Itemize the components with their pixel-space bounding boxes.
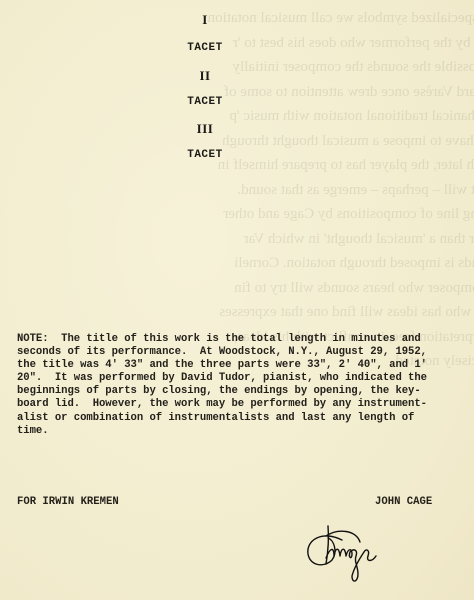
bleed-line: Edgard Varèse once drew attention to som… [200,80,474,105]
bleed-line: mechanical traditional notation with mus… [200,104,474,129]
movement-1-instruction: TACET [170,42,240,54]
score-page: the specialized symbols we call musical … [0,0,474,600]
note-line: alist or combination of instrumentalists… [17,412,457,425]
note-line: the title was 4' 33" and the three parts… [17,359,457,372]
signature-icon [302,522,382,588]
bleed-line: as possible the sounds the composer init… [200,55,474,80]
bleed-line: what will – perhaps – emerge as that sou… [200,178,474,203]
movement-3-instruction: TACET [170,149,240,161]
bleed-line: One who has ideas will find one that exp… [200,300,474,325]
movement-3-numeral: III [170,121,240,137]
performance-note: NOTE: The title of this work is the tota… [17,333,457,438]
note-line: time. [17,425,457,438]
note-line: board lid. However, the work may be perf… [17,398,457,411]
bleed-line: other than a 'musical thought' in which … [200,227,474,252]
dedication: FOR IRWIN KREMEN [17,496,119,508]
movement-2-numeral: II [170,68,240,84]
note-line: NOTE: The title of this work is the tota… [17,333,457,346]
movement-1-numeral: I [170,12,240,28]
bleed-through-text: the specialized symbols we call musical … [200,6,474,374]
bleed-line: sounds is imposed through notation. Corn… [200,251,474,276]
composer-name: JOHN CAGE [375,496,432,508]
note-line: 20". It was performed by David Tudor, pi… [17,372,457,385]
bleed-line: a long line of compositions by Cage and … [200,202,474,227]
note-line: beginnings of parts by closing, the endi… [17,385,457,398]
movement-2-instruction: TACET [170,96,240,108]
bleed-line: much later, the player has to prepare hi… [200,153,474,178]
bleed-line: you have to impose a musical thought thr… [200,129,474,154]
bleed-line: A composer who hears sounds will try to … [200,276,474,301]
bleed-line: the specialized symbols we call musical … [200,6,474,31]
note-line: seconds of its performance. At Woodstock… [17,346,457,359]
bleed-line: read by the performer who does his best … [200,31,474,56]
